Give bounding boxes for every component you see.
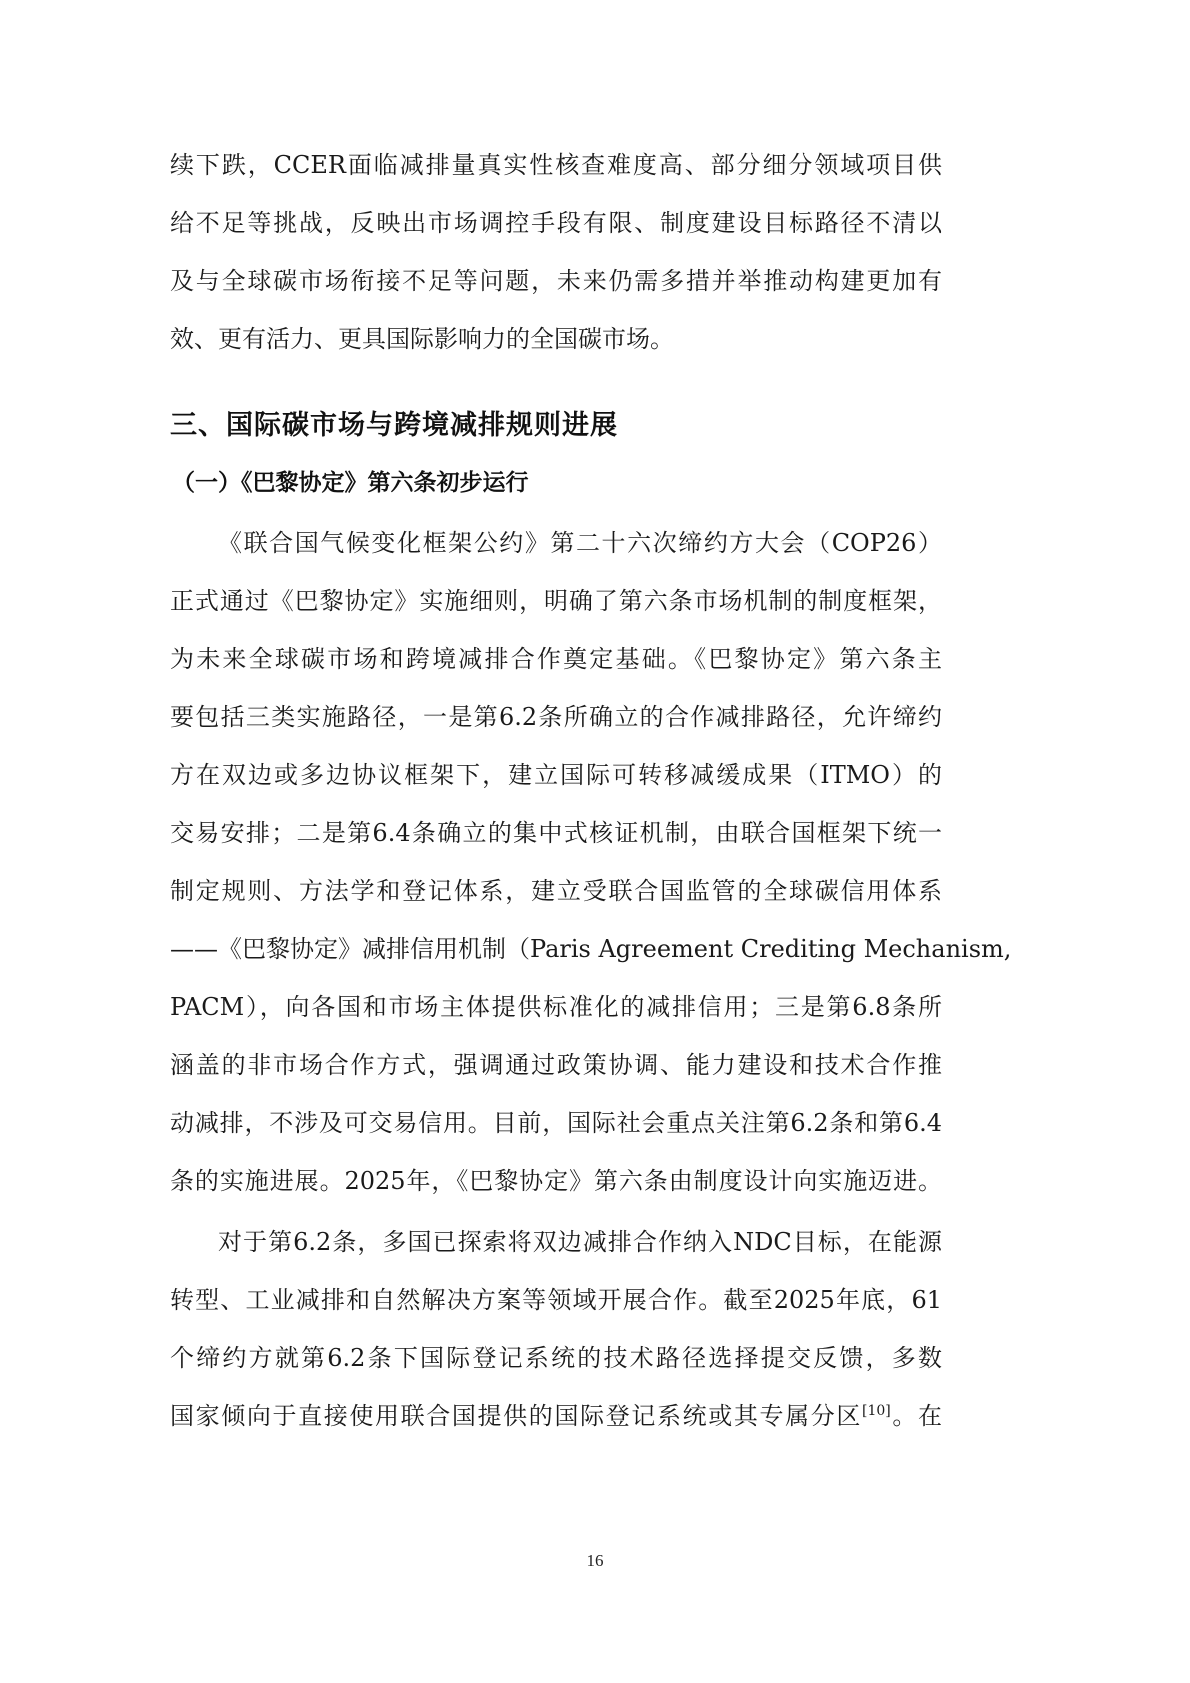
paragraph-line-with-citation: 国家倾向于直接使用联合国提供的国际登记系统或其专属分区[10]。在 <box>170 1399 942 1433</box>
paragraph-line: 要包括三类实施路径，一是第6.2条所确立的合作减排路径，允许缔约 <box>170 700 942 734</box>
paragraph-line: 对于第6.2条，多国已探索将双边减排合作纳入NDC目标，在能源 <box>218 1225 942 1259</box>
paragraph-line: 转型、工业减排和自然解决方案等领域开展合作。截至2025年底，61 <box>170 1283 942 1317</box>
page-number: 16 <box>0 1551 1190 1571</box>
paragraph-line: 及与全球碳市场衔接不足等问题，未来仍需多措并举推动构建更加有 <box>170 264 942 298</box>
document-page: 续下跌，CCER面临减排量真实性核查难度高、部分细分领域项目供 给不足等挑战，反… <box>0 0 1190 1683</box>
paragraph-line: 方在双边或多边协议框架下，建立国际可转移减缓成果（ITMO）的 <box>170 758 942 792</box>
paragraph-line: 续下跌，CCER面临减排量真实性核查难度高、部分细分领域项目供 <box>170 148 942 182</box>
subsection-heading: （一）《巴黎协定》第六条初步运行 <box>172 467 529 499</box>
paragraph-line: 给不足等挑战，反映出市场调控手段有限、制度建设目标路径不清以 <box>170 206 942 240</box>
citation-reference[interactable]: [10] <box>862 1403 891 1419</box>
paragraph-line: 为未来全球碳市场和跨境减排合作奠定基础。《巴黎协定》第六条主 <box>170 642 942 676</box>
paragraph-line: 交易安排；二是第6.4条确立的集中式核证机制，由联合国框架下统一 <box>170 816 942 850</box>
paragraph-line: 个缔约方就第6.2条下国际登记系统的技术路径选择提交反馈，多数 <box>170 1341 942 1375</box>
paragraph-line: ——《巴黎协定》减排信用机制（Paris Agreement Crediting… <box>170 932 942 966</box>
line-tail: 。在 <box>891 1402 942 1430</box>
paragraph-line: 《联合国气候变化框架公约》第二十六次缔约方大会（COP26） <box>218 526 942 560</box>
paragraph-line: 条的实施进展。2025年，《巴黎协定》第六条由制度设计向实施迈进。 <box>170 1164 942 1198</box>
paragraph-line: 制定规则、方法学和登记体系，建立受联合国监管的全球碳信用体系 <box>170 874 942 908</box>
section-heading: 三、国际碳市场与跨境减排规则进展 <box>170 408 618 444</box>
paragraph-line: 正式通过《巴黎协定》实施细则，明确了第六条市场机制的制度框架， <box>170 584 942 618</box>
line-text: 国家倾向于直接使用联合国提供的国际登记系统或其专属分区 <box>170 1402 862 1430</box>
paragraph-line: 动减排，不涉及可交易信用。目前，国际社会重点关注第6.2条和第6.4 <box>170 1106 942 1140</box>
paragraph-line: 涵盖的非市场合作方式，强调通过政策协调、能力建设和技术合作推 <box>170 1048 942 1082</box>
paragraph-line: 效、更有活力、更具国际影响力的全国碳市场。 <box>170 322 942 356</box>
paragraph-line: PACM），向各国和市场主体提供标准化的减排信用；三是第6.8条所 <box>170 990 942 1024</box>
